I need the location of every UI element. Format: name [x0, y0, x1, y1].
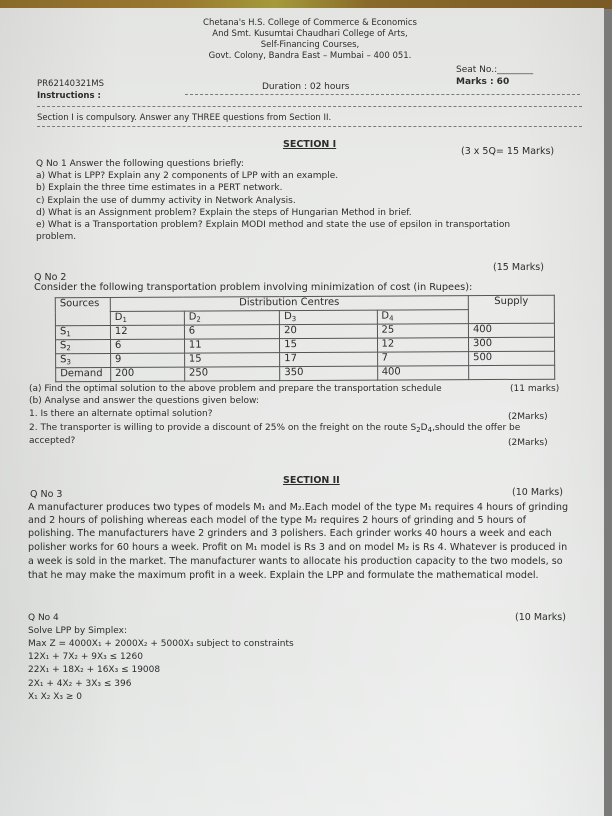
- cost-cell: 12: [110, 325, 184, 339]
- cost-cell: 11: [184, 339, 279, 353]
- q1-item-a: a) What is LPP? Explain any 2 components…: [36, 170, 338, 182]
- seat-number: Seat No.:________: [456, 64, 533, 76]
- total-marks: Marks : 60: [456, 76, 509, 88]
- col-d1: D1: [110, 311, 184, 325]
- section-2-title: SECTION II: [283, 475, 340, 487]
- sources-header: Sources: [55, 298, 110, 326]
- demand-label: Demand: [56, 368, 111, 382]
- transportation-table: Sources Distribution Centres Supply D1 D…: [55, 295, 555, 383]
- q4-constraint-3: 2X₁ + 4X₂ + 3X₃ ≤ 396: [28, 678, 131, 690]
- col-d2: D2: [184, 311, 279, 325]
- demand-row: Demand 200 250 350 400: [56, 365, 555, 382]
- q2-b2: 2. The transporter is willing to provide…: [29, 422, 520, 434]
- q1-marks: (3 x 5Q= 15 Marks): [461, 146, 554, 158]
- instructions-text: Section I is compulsory. Answer any THRE…: [37, 112, 331, 124]
- q3-label: Q No 3: [30, 489, 62, 501]
- col-d3: D3: [280, 310, 377, 325]
- cost-cell: 25: [377, 324, 469, 338]
- q4-label: Q No 4: [28, 612, 59, 624]
- cost-cell: 9: [110, 353, 184, 367]
- cost-cell: 7: [377, 352, 469, 366]
- q3-line-3: polishing. The manufacturers have 2 grin…: [28, 528, 552, 540]
- q1-item-b: b) Explain the three time estimates in a…: [36, 182, 282, 194]
- source-s2: S2: [56, 340, 111, 354]
- q2-b1: 1. Is there an alternate optimal solutio…: [29, 408, 212, 420]
- q3-line-5: a week is sold in the market. The manufa…: [28, 556, 563, 568]
- institution-line-3: Self-Financing Courses,: [160, 40, 460, 51]
- cost-cell: 6: [184, 325, 279, 339]
- q2-part-a: (a) Find the optimal solution to the abo…: [29, 383, 442, 395]
- q2-b2-cont: accepted?: [29, 435, 75, 447]
- paper-code: PR62140321MS: [37, 78, 104, 90]
- cost-cell: 6: [110, 339, 184, 353]
- q4-constraint-1: 12X₁ + 7X₂ + 9X₃ ≤ 1260: [28, 651, 143, 663]
- divider: [37, 126, 582, 127]
- demand-cell: 200: [111, 367, 185, 381]
- institution-address: Govt. Colony, Bandra East – Mumbai – 400…: [160, 51, 460, 62]
- demand-cell: 250: [184, 367, 279, 381]
- q4-marks: (10 Marks): [515, 612, 566, 624]
- q3-line-6: that he may make the maximum profit in a…: [28, 570, 539, 582]
- q4-nonnegativity: X₁ X₂ X₃ ≥ 0: [28, 691, 82, 703]
- cost-cell: 20: [280, 324, 377, 339]
- q1-label: Q No 1 Answer the following questions br…: [36, 158, 244, 170]
- divider: [37, 106, 582, 107]
- q2-b2-marks: (2Marks): [508, 437, 548, 449]
- exam-paper: Chetana's H.S. College of Commerce & Eco…: [0, 8, 604, 816]
- demand-cell: 400: [377, 366, 469, 380]
- cost-cell: 15: [280, 338, 377, 353]
- q3-line-1: A manufacturer produces two types of mod…: [28, 502, 568, 514]
- q1-item-d: d) What is an Assignment problem? Explai…: [36, 207, 412, 219]
- q2-part-a-marks: (11 marks): [510, 383, 559, 395]
- cost-cell: 17: [280, 352, 377, 367]
- q2-marks: (15 Marks): [493, 262, 544, 274]
- institution-line-2: And Smt. Kusumtai Chaudhari College of A…: [160, 29, 460, 40]
- q2-part-b: (b) Analyse and answer the questions giv…: [29, 395, 259, 407]
- supply-cell: 400: [468, 323, 554, 337]
- col-d4: D4: [377, 310, 469, 324]
- q4-constraint-2: 22X₁ + 18X₂ + 16X₃ ≤ 19008: [28, 664, 160, 676]
- source-s3: S3: [56, 354, 111, 368]
- q1-item-c: c) Explain the use of dummy activity in …: [36, 195, 296, 207]
- empty-cell: [469, 365, 555, 379]
- q4-objective: Max Z = 4000X₁ + 2000X₂ + 5000X₃ subject…: [28, 638, 294, 650]
- institution-line-1: Chetana's H.S. College of Commerce & Eco…: [160, 18, 460, 29]
- q1-item-e-cont: problem.: [36, 231, 76, 243]
- supply-cell: 500: [469, 351, 555, 365]
- duration: Duration : 02 hours: [262, 81, 349, 93]
- q2-intro: Consider the following transportation pr…: [34, 282, 472, 294]
- section-1-title: SECTION I: [283, 139, 336, 151]
- q3-marks: (10 Marks): [512, 487, 563, 499]
- supply-header: Supply: [468, 295, 554, 323]
- demand-cell: 350: [280, 366, 377, 381]
- supply-cell: 300: [468, 337, 554, 351]
- q3-line-2: and 2 hours of polishing whereas each mo…: [28, 515, 526, 527]
- q4-intro: Solve LPP by Simplex:: [28, 625, 127, 637]
- source-s1: S1: [55, 326, 110, 340]
- cost-cell: 12: [377, 338, 469, 352]
- divider: [185, 94, 580, 95]
- q1-item-e: e) What is a Transportation problem? Exp…: [36, 219, 510, 231]
- q3-line-4: polisher works for 60 hours a week. Prof…: [28, 542, 567, 554]
- cost-cell: 15: [184, 353, 279, 367]
- instructions-label: Instructions :: [37, 90, 101, 102]
